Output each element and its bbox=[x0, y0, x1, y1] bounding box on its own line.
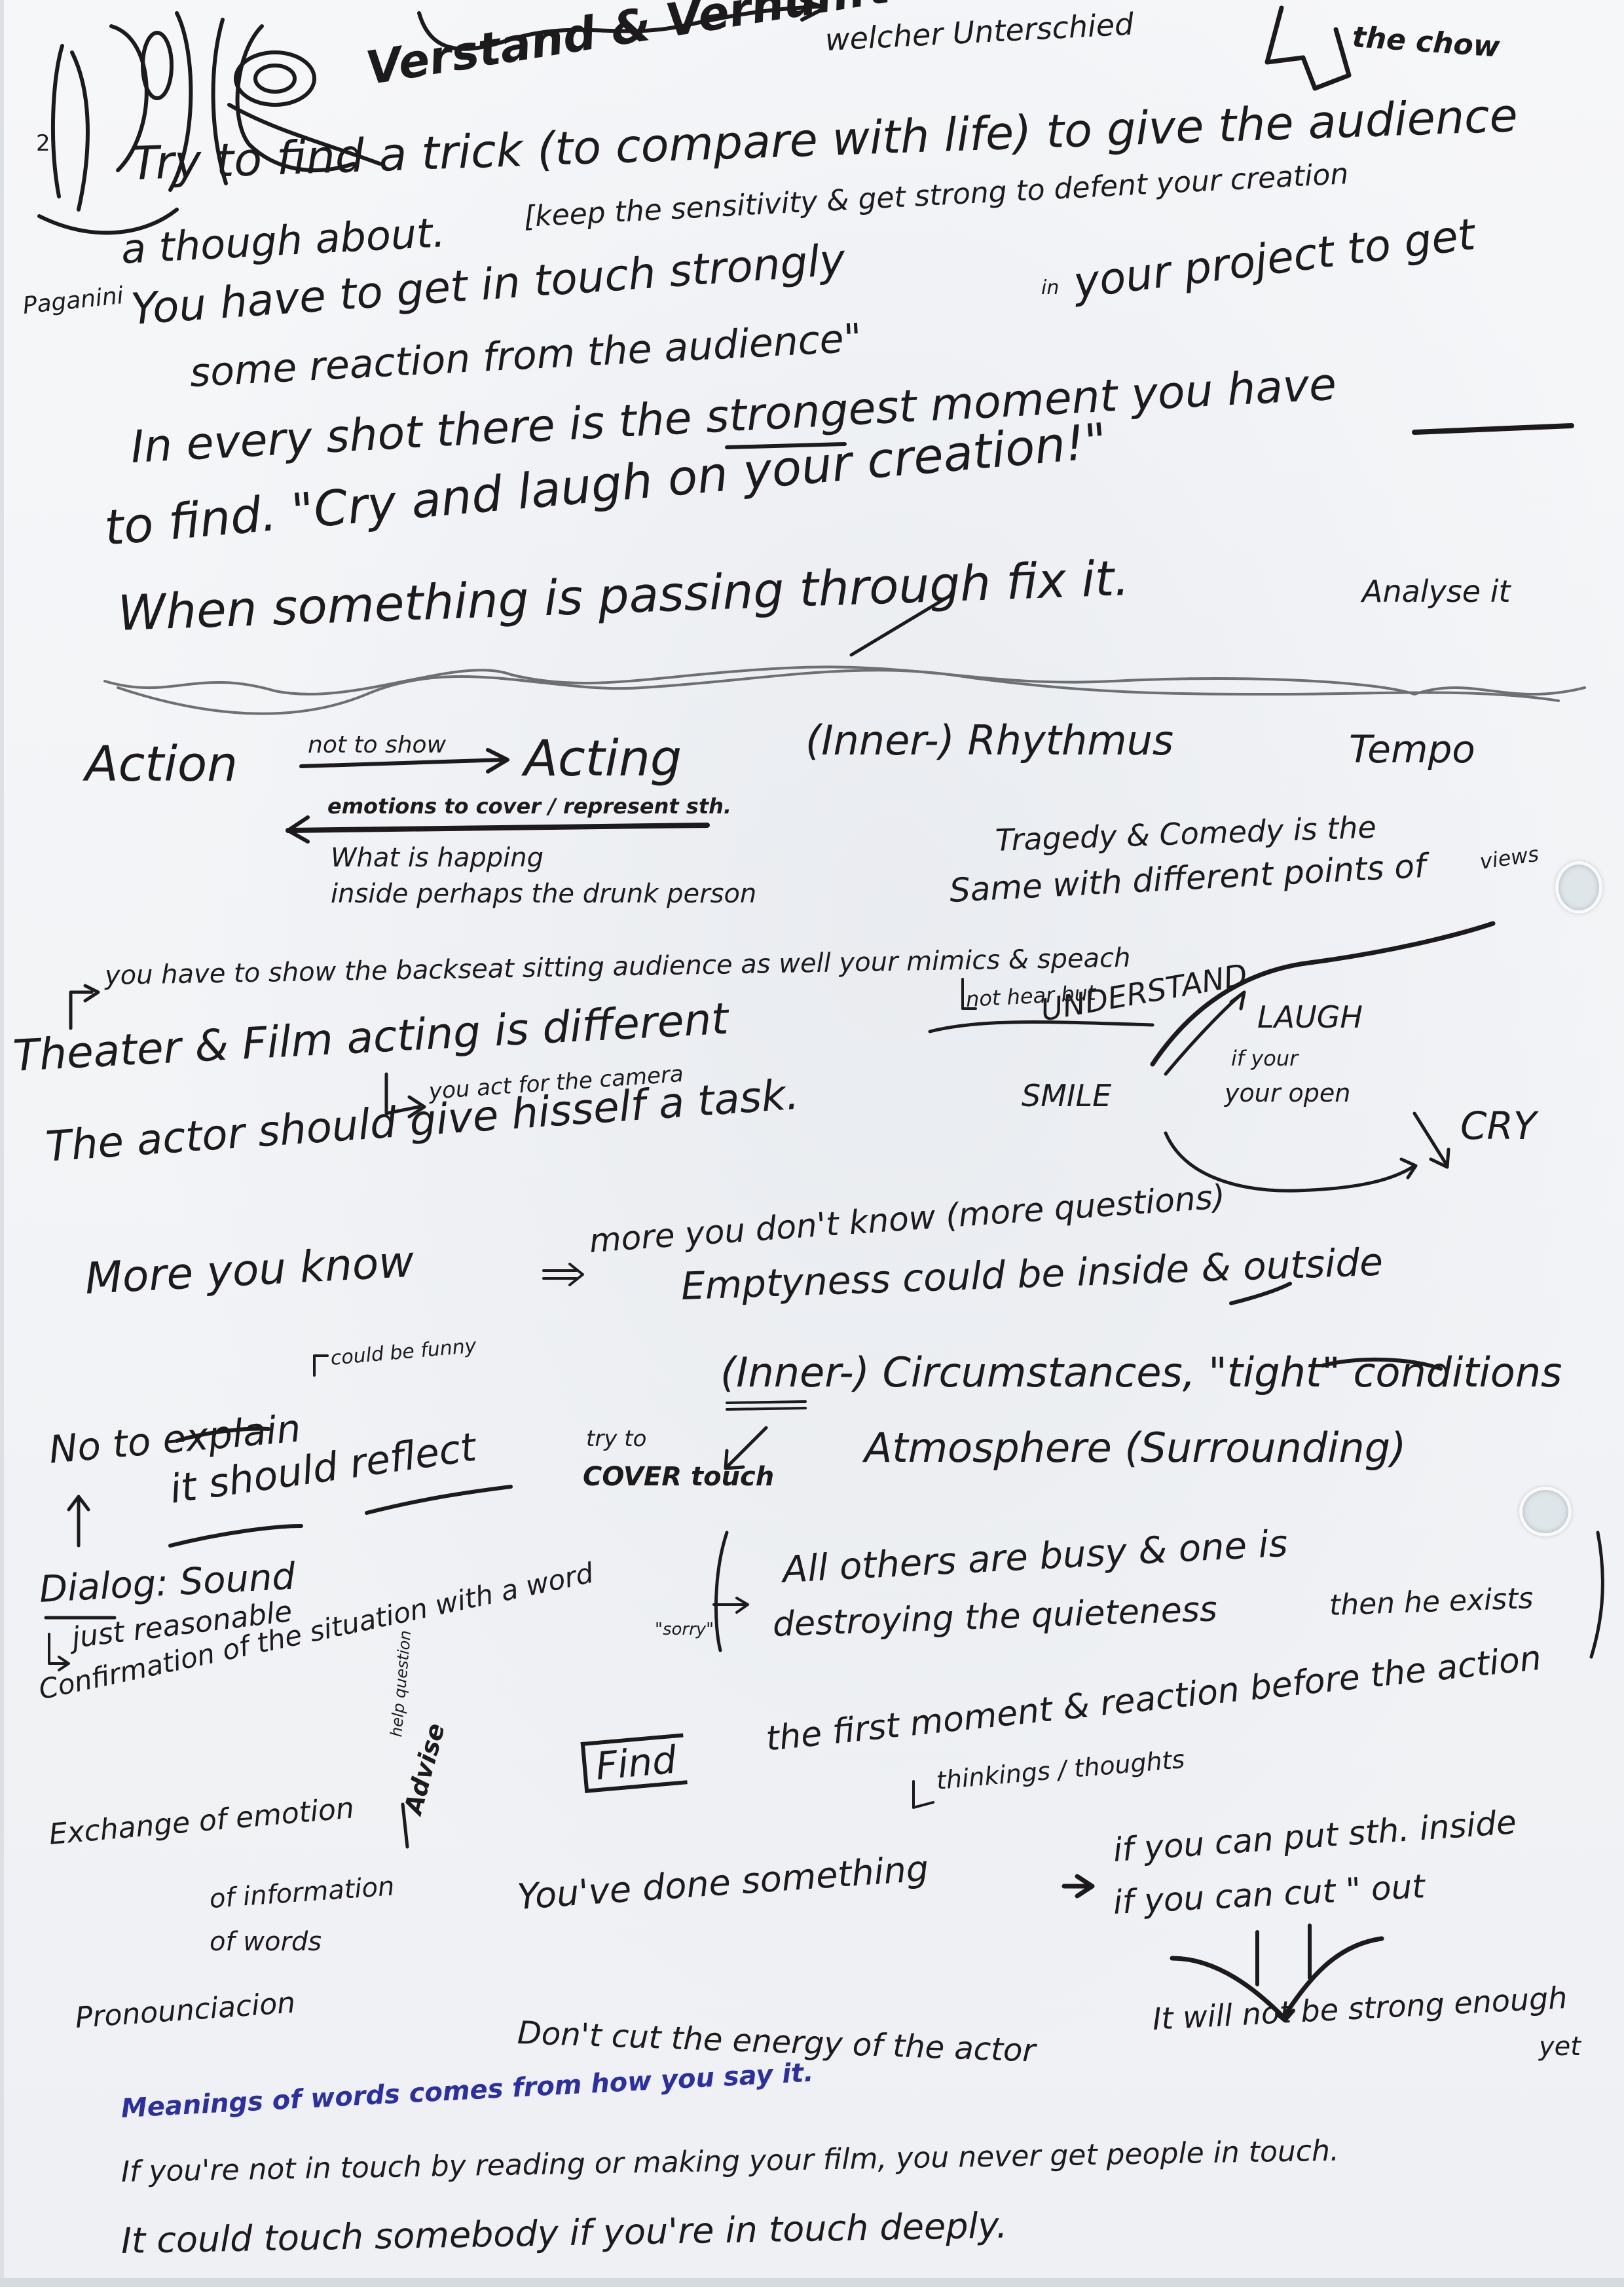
label-inner-rhythmus: (Inner-) Rhythmus bbox=[805, 720, 1173, 761]
diagram-your-open: your open bbox=[1225, 1081, 1350, 1106]
note-inner-circumstances: (Inner-) Circumstances, "tight" conditio… bbox=[720, 1352, 1562, 1393]
note-yet: yet bbox=[1539, 2034, 1581, 2060]
note-sorry: "sorry" bbox=[655, 1621, 714, 1638]
punch-hole-lower bbox=[1519, 1487, 1572, 1536]
diagram-smile: SMILE bbox=[1022, 1081, 1111, 1111]
label-tempo: Tempo bbox=[1349, 730, 1475, 768]
arrow-label-not-to-show: not to show bbox=[308, 734, 446, 757]
note-analyse-it: Analyse it bbox=[1362, 576, 1511, 606]
note-then-he-exists: then he exists bbox=[1329, 1584, 1534, 1620]
back-arrow-label: emotions to cover / represent sth. bbox=[327, 796, 731, 817]
note-try-to: try to bbox=[586, 1428, 646, 1450]
diagram-laugh: LAUGH bbox=[1257, 1002, 1363, 1032]
diagram-if-your: if your bbox=[1231, 1048, 1298, 1069]
paper-left-edge bbox=[0, 0, 4, 2287]
note-in-insert: in bbox=[1041, 278, 1059, 298]
note-inside-perhaps: inside perhaps the drunk person bbox=[331, 881, 756, 907]
note-atmosphere: Atmosphere (Surrounding) bbox=[864, 1428, 1406, 1468]
note-what-is-happening: What is happing bbox=[331, 845, 544, 871]
label-action: Action bbox=[85, 740, 238, 789]
note-find-boxed: Find bbox=[581, 1733, 688, 1793]
note-of-words: of words bbox=[210, 1929, 322, 1955]
paper-bottom-edge bbox=[0, 2278, 1624, 2287]
punch-hole-upper bbox=[1555, 861, 1602, 914]
diagram-cry: CRY bbox=[1460, 1107, 1536, 1145]
note-cover-touch: COVER touch bbox=[583, 1464, 774, 1490]
label-acting: Acting bbox=[524, 734, 682, 783]
